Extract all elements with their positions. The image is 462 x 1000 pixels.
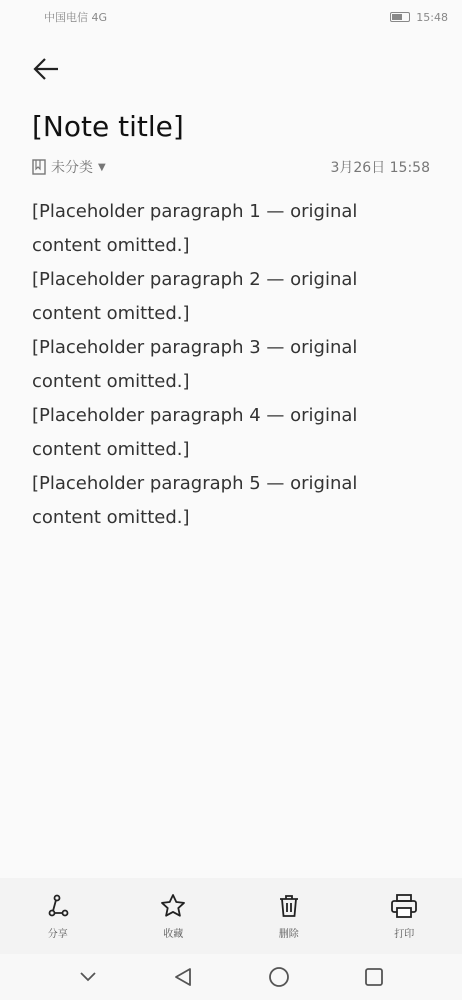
caret-down-icon: ▼ xyxy=(98,162,106,173)
back-arrow-icon xyxy=(32,55,60,83)
note-meta: 未分类 ▼ 3月26日 15:58 xyxy=(0,157,462,177)
category-label: 未分类 xyxy=(51,157,93,177)
note-paragraph: [Placeholder paragraph 4 — original cont… xyxy=(32,399,430,467)
print-button[interactable]: 打印 xyxy=(364,893,444,940)
battery-icon xyxy=(390,12,410,22)
favorite-label: 收藏 xyxy=(163,925,183,940)
square-recents-icon xyxy=(364,967,384,987)
note-paragraph: [Placeholder paragraph 3 — original cont… xyxy=(32,331,430,399)
note-paragraph: [Placeholder paragraph 5 — original cont… xyxy=(32,467,430,535)
print-label: 打印 xyxy=(394,925,414,940)
note-paragraph: [Placeholder paragraph 2 — original cont… xyxy=(32,263,430,331)
category-dropdown[interactable]: 未分类 ▼ xyxy=(32,157,106,177)
clock: 15:48 xyxy=(416,11,448,24)
share-button[interactable]: 分享 xyxy=(18,893,98,940)
carrier-info: 中国电信 4G xyxy=(44,9,107,25)
trash-icon xyxy=(276,893,302,919)
delete-label: 删除 xyxy=(279,925,299,940)
status-bar: 中国电信 4G 15:48 xyxy=(0,0,462,34)
share-label: 分享 xyxy=(48,925,68,940)
nav-hide-button[interactable] xyxy=(68,962,108,992)
folder-icon xyxy=(32,159,46,175)
note-timestamp: 3月26日 15:58 xyxy=(330,157,430,177)
nav-recents-button[interactable] xyxy=(354,962,394,992)
triangle-back-icon xyxy=(174,967,192,987)
note-body[interactable]: [Placeholder paragraph 1 — original cont… xyxy=(0,195,462,535)
carrier-label: 中国电信 xyxy=(44,11,88,24)
top-bar xyxy=(0,34,462,104)
printer-icon xyxy=(390,893,418,919)
back-button[interactable] xyxy=(30,53,62,85)
favorite-button[interactable]: 收藏 xyxy=(133,893,213,940)
nav-home-button[interactable] xyxy=(259,962,299,992)
network-label: 4G xyxy=(92,11,108,24)
nav-back-button[interactable] xyxy=(163,962,203,992)
star-icon xyxy=(160,893,186,919)
chevron-down-icon xyxy=(79,971,97,983)
note-paragraph: [Placeholder paragraph 1 — original cont… xyxy=(32,195,430,263)
system-nav-bar xyxy=(0,954,462,1000)
circle-home-icon xyxy=(268,966,290,988)
note-title: [Note title] xyxy=(0,110,462,143)
delete-button[interactable]: 删除 xyxy=(249,893,329,940)
share-icon xyxy=(45,893,71,919)
bottom-toolbar: 分享 收藏 删除 打印 xyxy=(0,878,462,954)
